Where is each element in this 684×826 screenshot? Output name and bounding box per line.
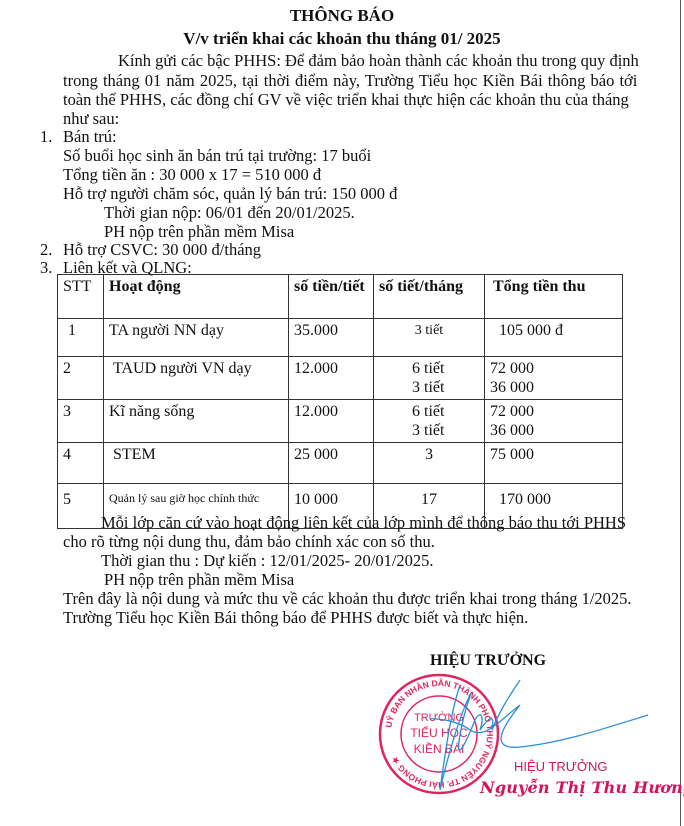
table-row: 2 TAUD người VN dạy 12.000 6 tiết 3 tiết… xyxy=(58,357,623,400)
cell-total-line: 72 000 xyxy=(490,402,617,421)
closing-line-1: Mỗi lớp căn cứ vào hoạt động liên kết củ… xyxy=(101,513,626,532)
closing-line-5: Trên đây là nội dung và mức thu về các k… xyxy=(63,589,632,608)
principal-name: Nguyễn Thị Thu Hương xyxy=(480,778,684,797)
cell-total: 72 000 36 000 xyxy=(485,400,623,443)
fees-table: STT Hoạt động số tiền/tiết số tiết/tháng… xyxy=(57,274,623,529)
cell-stt: 3 xyxy=(58,400,104,443)
cell-activity: TA người NN dạy xyxy=(104,319,289,357)
signature-title: HIỆU TRƯỞNG xyxy=(430,652,546,670)
cell-total: 75 000 xyxy=(485,443,623,484)
cell-count: 3 xyxy=(374,443,485,484)
cell-activity: STEM xyxy=(104,443,289,484)
closing-line-4: PH nộp trên phần mềm Misa xyxy=(104,570,294,589)
document-subtitle: V/v triển khai các khoản thu tháng 01/ 2… xyxy=(0,29,684,49)
intro-line-2: trong tháng 01 năm 2025, tại thời điểm n… xyxy=(63,71,637,90)
table-row: 4 STEM 25 000 3 75 000 xyxy=(58,443,623,484)
cell-count-line: 3 tiết xyxy=(412,378,479,397)
cell-count: 6 tiết 3 tiết xyxy=(374,400,485,443)
cell-stt: 1 xyxy=(58,319,104,357)
section-1-number: 1. xyxy=(40,127,52,146)
cell-activity: Kĩ năng sống xyxy=(104,400,289,443)
page-border xyxy=(680,0,681,826)
section-1-payment-method: PH nộp trên phần mềm Misa xyxy=(104,222,294,241)
section-1-heading: Bán trú: xyxy=(63,127,117,146)
header-stt: STT xyxy=(58,275,104,319)
table-row: 1 TA người NN dạy 35.000 3 tiết 105 000 … xyxy=(58,319,623,357)
intro-line-1: Kính gửi các bậc PHHS: Để đảm bảo hoàn t… xyxy=(118,51,639,70)
closing-line-2: cho rõ từng nội dung thu, đảm bảo chính … xyxy=(63,532,435,551)
cell-count-line: 6 tiết xyxy=(412,359,479,378)
handwritten-signature-icon xyxy=(430,675,650,795)
section-2-text: Hỗ trợ CSVC: 30 000 đ/tháng xyxy=(63,240,261,259)
closing-line-3: Thời gian thu : Dự kiến : 12/01/2025- 20… xyxy=(101,551,434,570)
section-3-number: 3. xyxy=(40,258,52,277)
cell-price: 12.000 xyxy=(289,400,374,443)
cell-stt: 5 xyxy=(58,484,104,529)
cell-stt: 4 xyxy=(58,443,104,484)
header-total: Tổng tiền thu xyxy=(485,275,623,319)
header-activity: Hoạt động xyxy=(104,275,289,319)
cell-count-line: 6 tiết xyxy=(412,402,479,421)
cell-total: 105 000 đ xyxy=(485,319,623,357)
section-1-line-3: Hỗ trợ người chăm sóc, quản lý bán trú: … xyxy=(63,184,397,203)
header-price: số tiền/tiết xyxy=(289,275,374,319)
section-2-number: 2. xyxy=(40,240,52,259)
cell-activity: TAUD người VN dạy xyxy=(104,357,289,400)
section-1-line-2: Tổng tiền ăn : 30 000 x 17 = 510 000 đ xyxy=(63,165,321,184)
principal-position-label: HIỆU TRƯỞNG xyxy=(514,759,608,774)
section-1-payment-time: Thời gian nộp: 06/01 đến 20/01/2025. xyxy=(104,203,355,222)
cell-count: 3 tiết xyxy=(374,319,485,357)
closing-line-6: Trường Tiểu học Kiền Bái thông báo để PH… xyxy=(63,608,528,627)
cell-total-line: 36 000 xyxy=(490,421,617,440)
intro-line-3: toàn thể PHHS, các đồng chí GV về việc t… xyxy=(63,90,629,109)
section-1-line-1: Số buổi học sinh ăn bán trú tại trường: … xyxy=(63,146,371,165)
table-row: 3 Kĩ năng sống 12.000 6 tiết 3 tiết 72 0… xyxy=(58,400,623,443)
cell-price: 35.000 xyxy=(289,319,374,357)
cell-total: 72 000 36 000 xyxy=(485,357,623,400)
document-title: THÔNG BÁO xyxy=(0,6,684,26)
cell-price: 12.000 xyxy=(289,357,374,400)
cell-price: 25 000 xyxy=(289,443,374,484)
table-header-row: STT Hoạt động số tiền/tiết số tiết/tháng… xyxy=(58,275,623,319)
intro-line-4: như sau: xyxy=(63,109,119,128)
cell-total-line: 72 000 xyxy=(490,359,617,378)
cell-count-line: 3 tiết xyxy=(412,421,479,440)
header-count: số tiết/tháng xyxy=(374,275,485,319)
cell-total-line: 36 000 xyxy=(490,378,617,397)
cell-count: 6 tiết 3 tiết xyxy=(374,357,485,400)
cell-stt: 2 xyxy=(58,357,104,400)
